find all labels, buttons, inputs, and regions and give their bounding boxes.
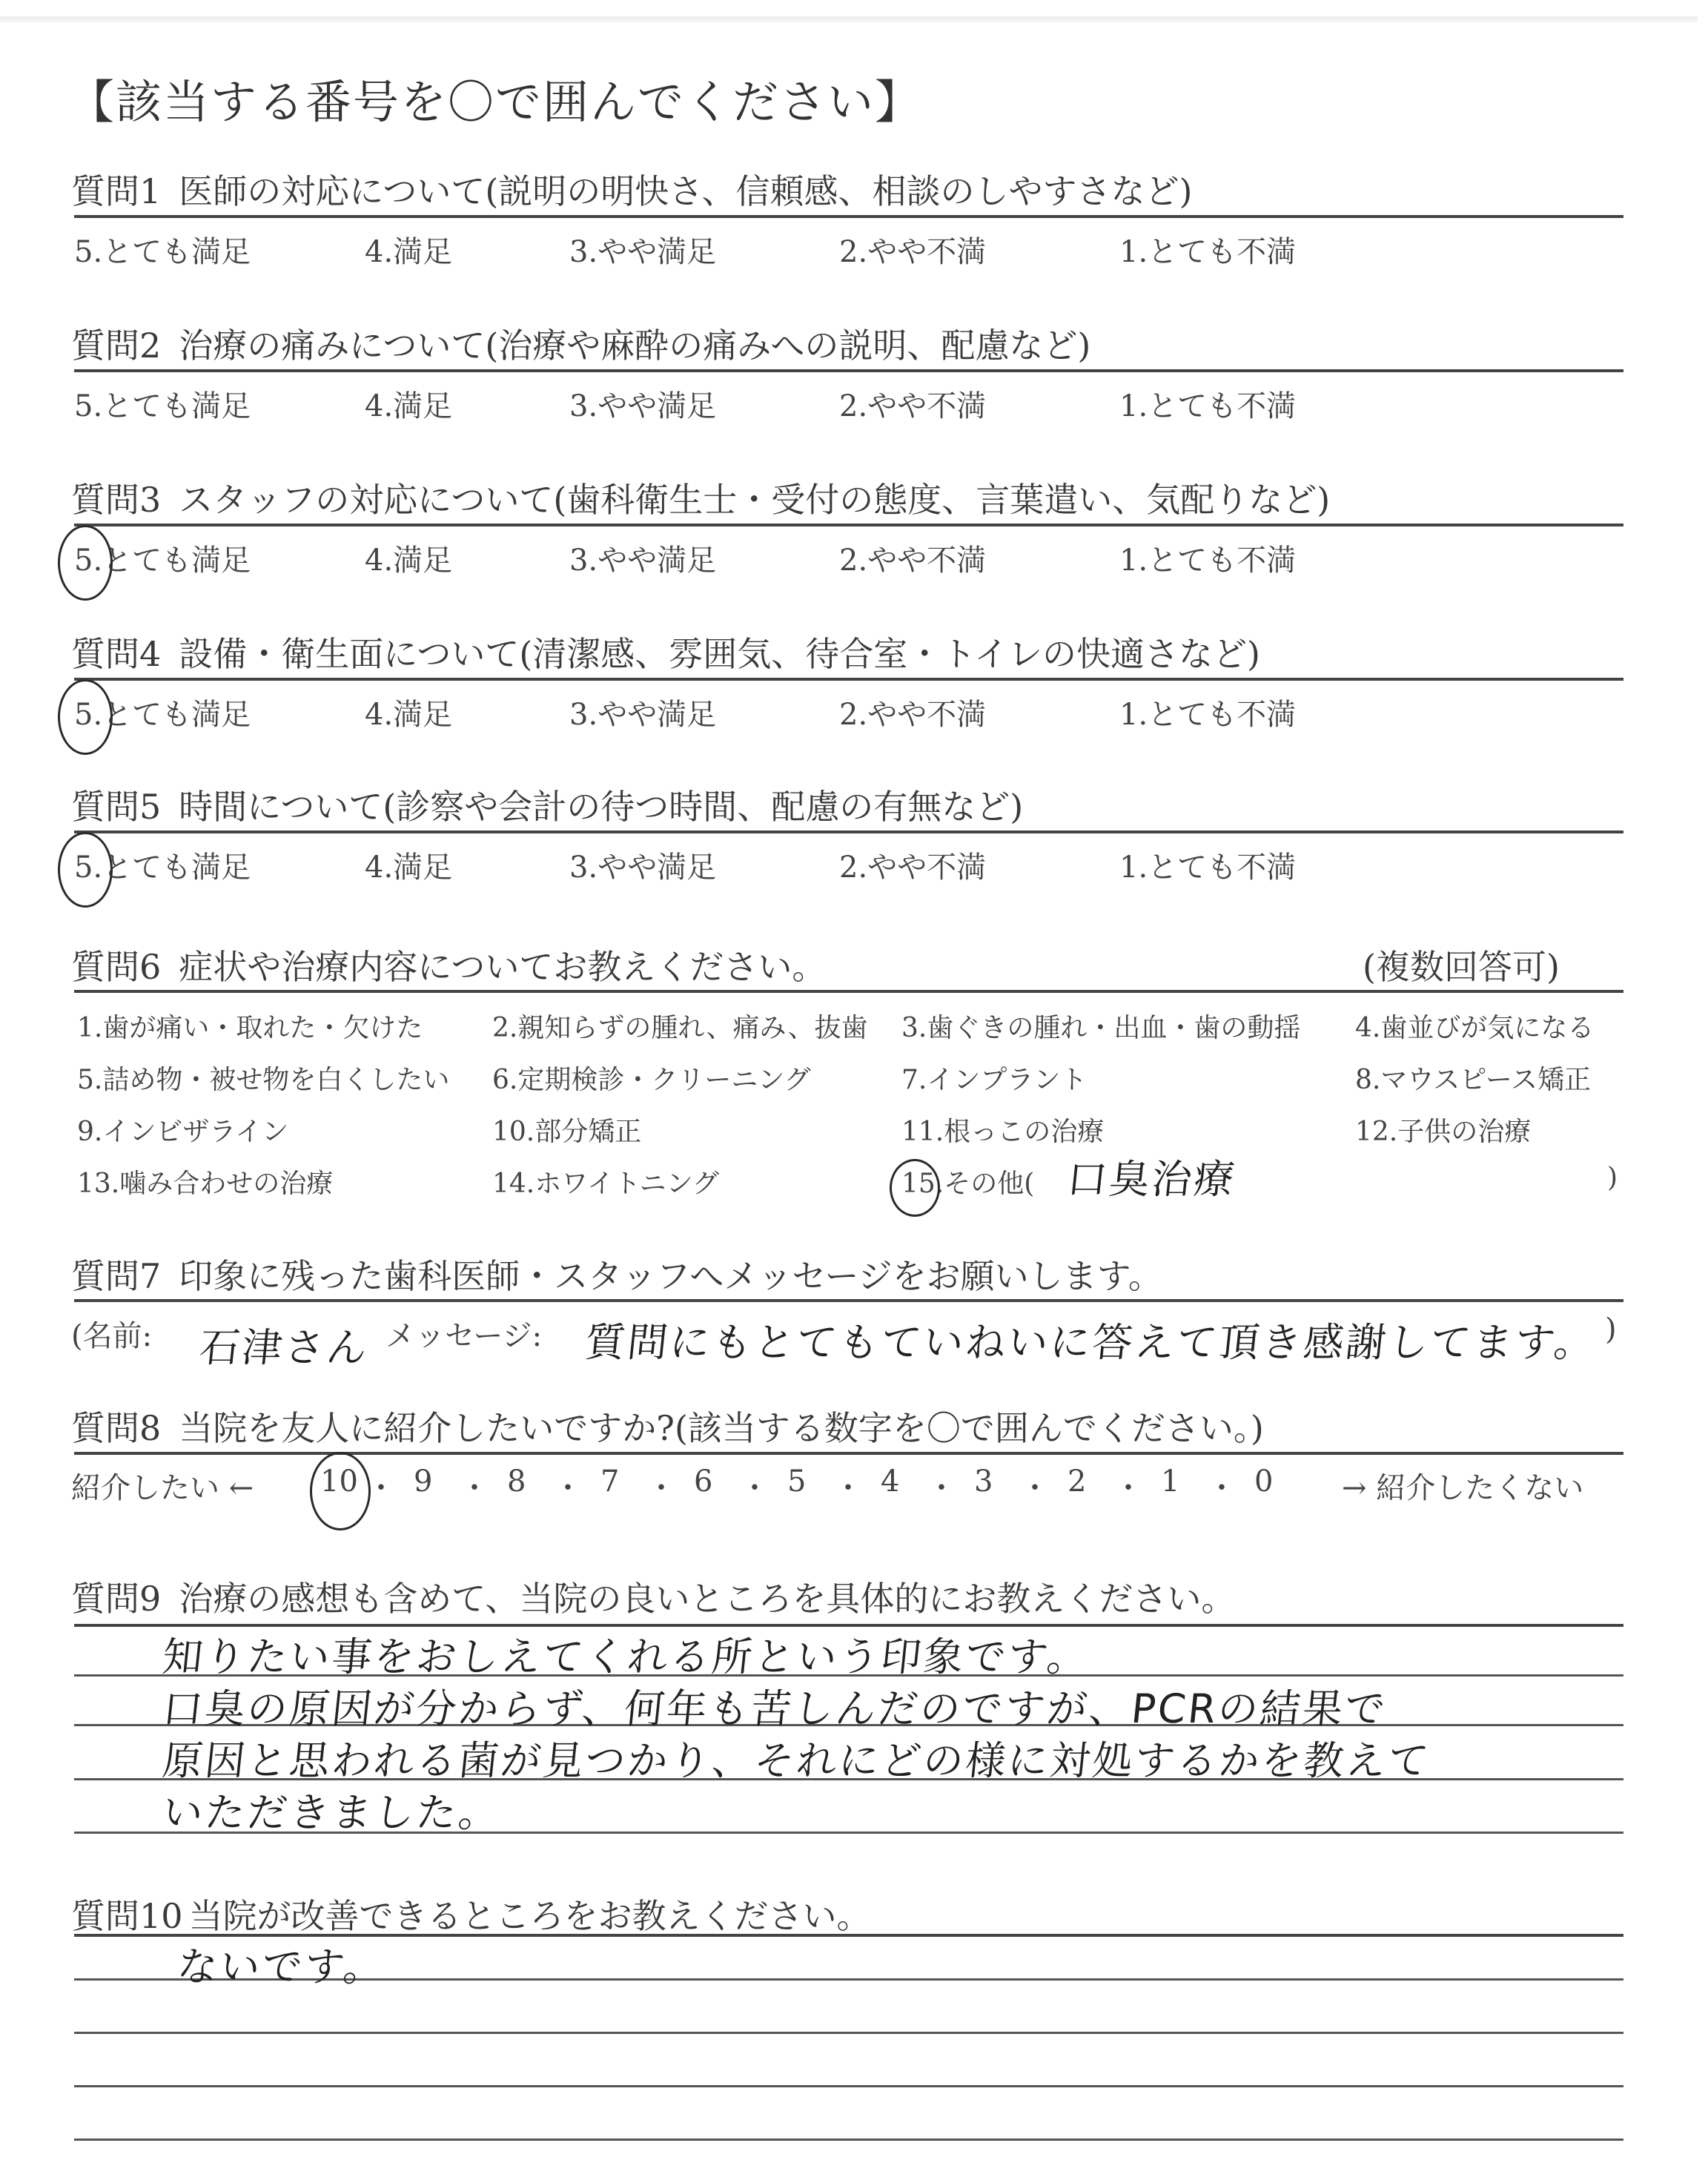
q5-number: 質問5	[71, 787, 161, 827]
q1-rule	[74, 215, 1623, 218]
q6-item-6[interactable]: 6.定期検診・クリーニング	[492, 1059, 811, 1097]
q8-scale-separator: ・	[1020, 1464, 1050, 1507]
q6-item-2[interactable]: 2.親知らずの腫れ、痛み、抜歯	[492, 1007, 868, 1045]
q7-text: 印象に残った歯科医師・スタッフへメッセージをお願いします。	[179, 1256, 1162, 1296]
q9-heading: 質問9治療の感想も含めて、当院の良いところを具体的にお教えください。	[71, 1572, 1235, 1621]
q2-rule	[74, 369, 1623, 372]
q7-heading: 質問7印象に残った歯科医師・スタッフへメッセージをお願いします。	[71, 1249, 1162, 1298]
q3-selection-circle	[58, 525, 113, 601]
q1-heading: 質問1医師の対応について(説明の明快さ、信頼感、相談のしやすさなど)	[71, 165, 1192, 214]
q6-rule	[74, 990, 1623, 993]
q8-scale-separator: ・	[927, 1464, 956, 1507]
q6-item-13[interactable]: 13.噛み合わせの治療	[77, 1163, 333, 1200]
q9-answer-line[interactable]: 原因と思われる菌が見つかり、それにどの様に対処するかを教えて	[160, 1729, 1434, 1786]
q8-text: 当院を友人に紹介したいですか?(該当する数字を〇で囲んでください。)	[179, 1408, 1264, 1448]
q1-option-3[interactable]: 3.やや満足	[569, 228, 716, 271]
q10-line	[74, 2085, 1623, 2087]
q10-heading: 質問10当院が改善できるところをお教えください。	[71, 1889, 871, 1938]
q8-selection-circle	[310, 1452, 371, 1530]
q3-option-4[interactable]: 4.満足	[365, 537, 452, 579]
q6-item-3[interactable]: 3.歯ぐきの腫れ・出血・歯の動揺	[901, 1007, 1300, 1045]
q8-scale-1[interactable]: 1	[1161, 1464, 1179, 1499]
q5-text: 時間について(診察や会計の待つ時間、配慮の有無など)	[179, 787, 1023, 827]
q1-option-5[interactable]: 5.とても満足	[74, 228, 251, 271]
q9-answer-line[interactable]: 知りたい事をおしえてくれる所という印象です。	[160, 1625, 1093, 1682]
q8-scale-separator: ・	[1113, 1464, 1143, 1507]
q6-item-14[interactable]: 14.ホワイトニング	[492, 1163, 719, 1200]
q8-scale-separator: ・	[833, 1464, 863, 1507]
q3-option-2[interactable]: 2.やや不満	[839, 537, 986, 579]
q3-heading: 質問3スタッフの対応について(歯科衛生士・受付の態度、言葉遣い、気配りなど)	[71, 473, 1330, 522]
q9-text: 治療の感想も含めて、当院の良いところを具体的にお教えください。	[179, 1579, 1235, 1619]
q10-line	[74, 2032, 1623, 2034]
q6-note: (複数回答可)	[1363, 940, 1560, 989]
q4-rule	[74, 678, 1623, 681]
q2-text: 治療の痛みについて(治療や麻酔の痛みへの説明、配慮など)	[179, 326, 1090, 366]
q5-rule	[74, 830, 1623, 833]
q7-close-paren: )	[1605, 1312, 1617, 1347]
q8-scale-5[interactable]: 5	[787, 1464, 806, 1499]
q3-option-1[interactable]: 1.とても不満	[1119, 537, 1296, 579]
q8-left-label: 紹介したい ←	[71, 1464, 254, 1507]
q3-text: スタッフの対応について(歯科衛生士・受付の態度、言葉遣い、気配りなど)	[179, 480, 1330, 520]
q2-heading: 質問2治療の痛みについて(治療や麻酔の痛みへの説明、配慮など)	[71, 319, 1090, 368]
q6-item-9[interactable]: 9.インビザライン	[77, 1111, 288, 1149]
q4-text: 設備・衛生面について(清潔感、雰囲気、待合室・トイレの快適さなど)	[179, 634, 1260, 674]
q6-text: 症状や治療内容についてお教えください。	[179, 947, 826, 987]
q8-scale-0[interactable]: 0	[1254, 1464, 1273, 1499]
q8-scale-8[interactable]: 8	[507, 1464, 526, 1499]
q9-number: 質問9	[71, 1579, 161, 1619]
q8-rule	[74, 1452, 1623, 1455]
q7-name-value[interactable]: 石津さん	[197, 1316, 372, 1373]
q10-answer-line[interactable]: ないです。	[175, 1935, 389, 1992]
q1-option-2[interactable]: 2.やや不満	[839, 228, 986, 271]
q6-item-12[interactable]: 12.子供の治療	[1355, 1111, 1531, 1149]
q10-text: 当院が改善できるところをお教えください。	[189, 1896, 871, 1936]
q5-option-1[interactable]: 1.とても不満	[1119, 844, 1296, 886]
q7-name-label: (名前:	[71, 1312, 152, 1355]
q6-item-4[interactable]: 4.歯並びが気になる	[1355, 1007, 1594, 1045]
q6-number: 質問6	[71, 947, 161, 987]
q7-message-value[interactable]: 質問にもとてもていねいに答えて頂き感謝してます。	[583, 1311, 1600, 1368]
q6-selection-circle	[890, 1159, 940, 1217]
q1-text: 医師の対応について(説明の明快さ、信頼感、相談のしやすさなど)	[179, 171, 1192, 211]
q1-number: 質問1	[71, 171, 161, 211]
q8-scale-separator: ・	[1207, 1464, 1237, 1507]
q5-heading: 質問5時間について(診察や会計の待つ時間、配慮の有無など)	[71, 780, 1023, 829]
q9-answer-line[interactable]: 口臭の原因が分からず、何年も苦しんだのですが、PCRの結果で	[160, 1677, 1391, 1734]
q2-option-1[interactable]: 1.とても不満	[1119, 383, 1296, 425]
q8-scale-separator: ・	[646, 1464, 676, 1507]
q8-scale-6[interactable]: 6	[694, 1464, 712, 1499]
q4-option-2[interactable]: 2.やや不満	[839, 691, 986, 733]
q8-right-label: → 紹介したくない	[1342, 1464, 1583, 1507]
q8-scale-4[interactable]: 4	[881, 1464, 899, 1499]
q10-line	[74, 2138, 1623, 2141]
q2-number: 質問2	[71, 326, 161, 366]
q4-option-3[interactable]: 3.やや満足	[569, 691, 716, 733]
q8-scale-separator: ・	[740, 1464, 769, 1507]
q10-number: 質問10	[71, 1896, 183, 1936]
q8-scale-3[interactable]: 3	[974, 1464, 993, 1499]
q7-rule	[74, 1299, 1623, 1302]
q5-selection-circle	[58, 832, 113, 908]
q6-item-5[interactable]: 5.詰め物・被せ物を白くしたい	[77, 1059, 449, 1097]
q6-item-7[interactable]: 7.インプラント	[901, 1059, 1087, 1097]
q1-option-1[interactable]: 1.とても不満	[1119, 228, 1296, 271]
q7-number: 質問7	[71, 1256, 161, 1296]
q8-scale-7[interactable]: 7	[600, 1464, 619, 1499]
q8-scale-separator: ・	[553, 1464, 583, 1507]
q2-option-3[interactable]: 3.やや満足	[569, 383, 716, 425]
q2-option-4[interactable]: 4.満足	[365, 383, 452, 425]
q9-answer-line[interactable]: いただきました。	[160, 1781, 504, 1838]
q5-option-4[interactable]: 4.満足	[365, 844, 452, 886]
q8-scale-9[interactable]: 9	[414, 1464, 432, 1499]
q3-rule	[74, 524, 1623, 526]
q6-item-10[interactable]: 10.部分矯正	[492, 1111, 641, 1149]
q2-option-5[interactable]: 5.とても満足	[74, 383, 251, 425]
q8-scale-separator: ・	[366, 1464, 396, 1507]
q5-option-3[interactable]: 3.やや満足	[569, 844, 716, 886]
q6-item-11[interactable]: 11.根っこの治療	[901, 1111, 1104, 1149]
q4-number: 質問4	[71, 634, 161, 674]
q3-number: 質問3	[71, 480, 161, 520]
q4-selection-circle	[58, 679, 113, 755]
q1-option-4[interactable]: 4.満足	[365, 228, 452, 271]
q5-option-2[interactable]: 2.やや不満	[839, 844, 986, 886]
q6-other-answer[interactable]: 口臭治療	[1065, 1148, 1239, 1205]
q4-heading: 質問4設備・衛生面について(清潔感、雰囲気、待合室・トイレの快適さなど)	[71, 627, 1260, 676]
q4-option-1[interactable]: 1.とても不満	[1119, 691, 1296, 733]
q7-message-label: メッセージ:	[385, 1312, 542, 1355]
q6-item-8[interactable]: 8.マウスピース矯正	[1355, 1059, 1591, 1097]
q4-option-4[interactable]: 4.満足	[365, 691, 452, 733]
form-instruction: 【該当する番号を〇で囲んでください】	[68, 65, 922, 131]
q6-heading: 質問6症状や治療内容についてお教えください。	[71, 940, 826, 989]
q6-item-1[interactable]: 1.歯が痛い・取れた・欠けた	[77, 1007, 423, 1045]
q8-scale-separator: ・	[460, 1464, 489, 1507]
q3-option-3[interactable]: 3.やや満足	[569, 537, 716, 579]
scan-edge	[0, 16, 1698, 22]
q8-scale-2[interactable]: 2	[1067, 1464, 1086, 1499]
q6-other-close-paren: )	[1607, 1163, 1618, 1193]
q8-number: 質問8	[71, 1408, 161, 1448]
q8-heading: 質問8当院を友人に紹介したいですか?(該当する数字を〇で囲んでください。)	[71, 1401, 1264, 1450]
q2-option-2[interactable]: 2.やや不満	[839, 383, 986, 425]
